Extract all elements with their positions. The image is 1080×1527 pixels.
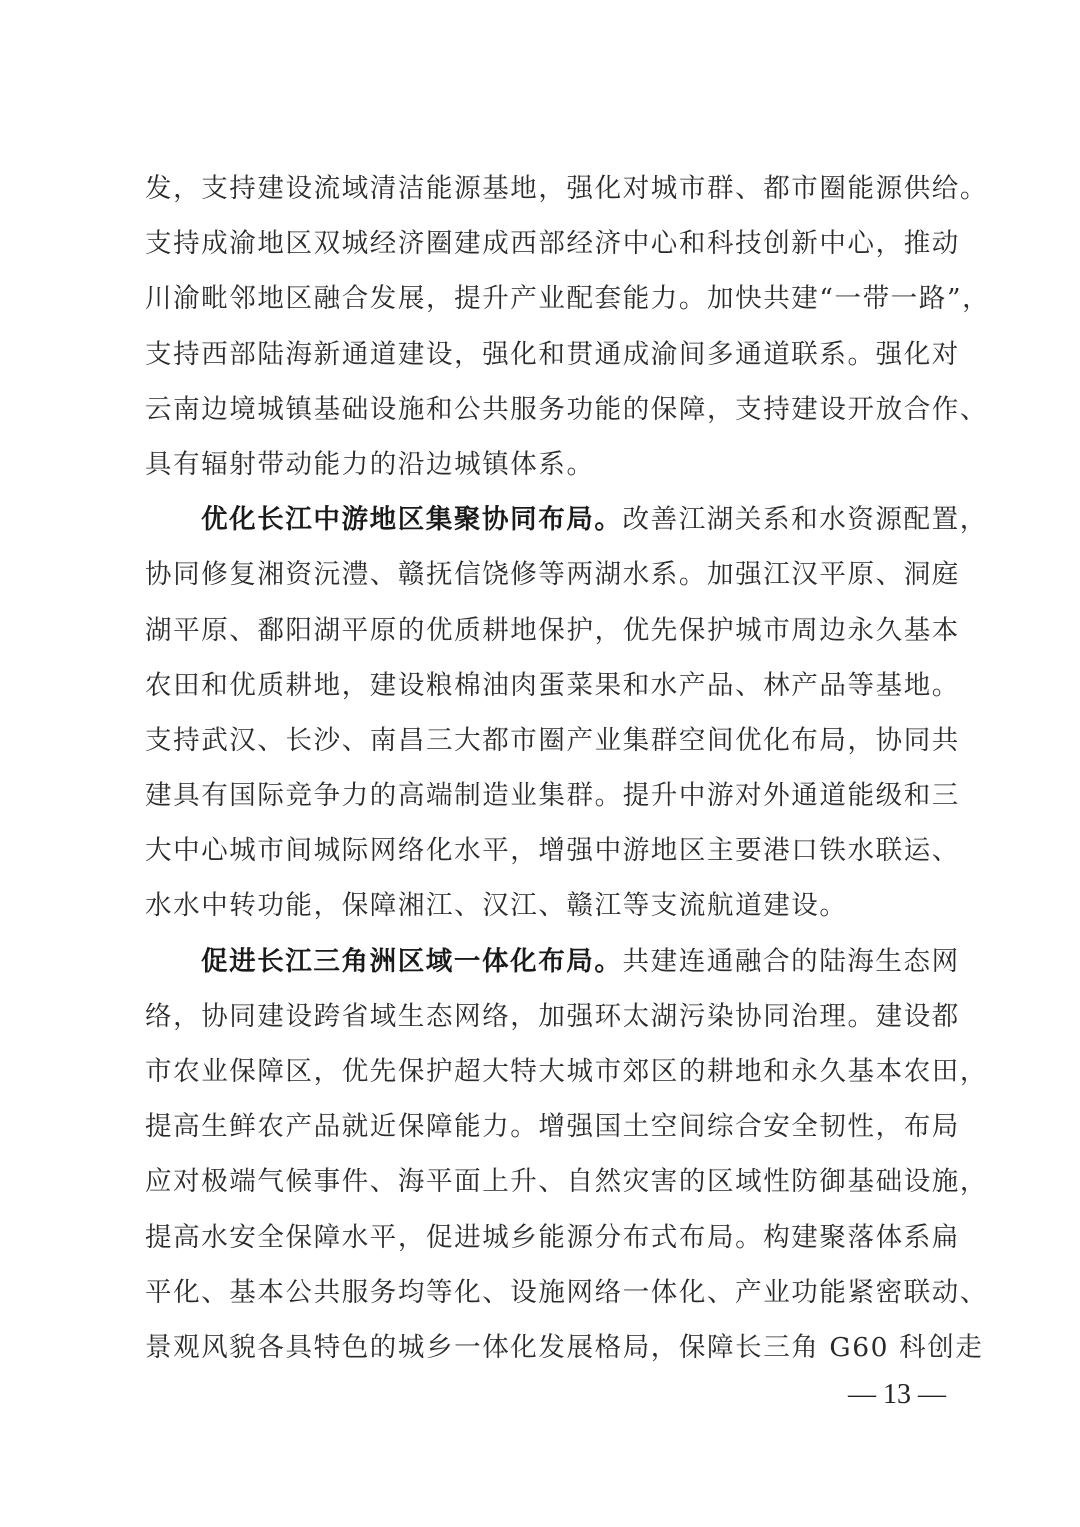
text-line: 湖平原、鄱阳湖平原的优质耕地保护，优先保护城市周边永久基本 [145, 603, 945, 658]
paragraph-first-line: 优化长江中游地区集聚协同布局。改善江湖关系和水资源配置， [145, 492, 945, 547]
paragraph-heading: 促进长江三角洲区域一体化布局。 [201, 946, 623, 977]
body-text: 发，支持建设流域清洁能源基地，强化对城市群、都市圈能源供给。 支持成渝地区双城经… [145, 161, 945, 1375]
text-line: 景观风貌各具特色的城乡一体化发展格局，保障长三角 G60 科创走 [145, 1320, 945, 1375]
text-line: 市农业保障区，优先保护超大特大城市郊区的耕地和永久基本农田， [145, 1044, 945, 1099]
paragraph-first-line: 促进长江三角洲区域一体化布局。共建连通融合的陆海生态网 [145, 934, 945, 989]
text-line: 络，协同建设跨省域生态网络，加强环太湖污染协同治理。建设都 [145, 989, 945, 1044]
text-line: 建具有国际竞争力的高端制造业集群。提升中游对外通道能级和三 [145, 768, 945, 823]
text-line: 云南边境城镇基础设施和公共服务功能的保障，支持建设开放合作、 [145, 382, 945, 437]
text-line: 支持西部陆海新通道建设，强化和贯通成渝间多通道联系。强化对 [145, 327, 945, 382]
text-line: 平化、基本公共服务均等化、设施网络一体化、产业功能紧密联动、 [145, 1265, 945, 1320]
text-line: 支持成渝地区双城经济圈建成西部经济中心和科技创新中心，推动 [145, 216, 945, 271]
text-line: 川渝毗邻地区融合发展，提升产业配套能力。加快共建“一带一路”， [145, 271, 945, 326]
page-number: — 13 — [826, 1378, 946, 1412]
text-line: 协同修复湘资沅澧、赣抚信饶修等两湖水系。加强江汉平原、洞庭 [145, 547, 945, 602]
text-span: 改善江湖关系和水资源配置， [623, 504, 988, 535]
text-line: 农田和优质耕地，建设粮棉油肉蛋菜果和水产品、林产品等基地。 [145, 658, 945, 713]
text-line: 提高水安全保障水平，促进城乡能源分布式布局。构建聚落体系扁 [145, 1210, 945, 1265]
text-line: 支持武汉、长沙、南昌三大都市圈产业集群空间优化布局，协同共 [145, 713, 945, 768]
text-span: 共建连通融合的陆海生态网 [623, 946, 960, 977]
document-page: 发，支持建设流域清洁能源基地，强化对城市群、都市圈能源供给。 支持成渝地区双城经… [0, 0, 1080, 1527]
text-line: 应对极端气候事件、海平面上升、自然灾害的区域性防御基础设施， [145, 1154, 945, 1209]
paragraph-heading: 优化长江中游地区集聚协同布局。 [201, 504, 623, 535]
text-line: 具有辐射带动能力的沿边城镇体系。 [145, 437, 945, 492]
text-line: 大中心城市间城际网络化水平，增强中游地区主要港口铁水联运、 [145, 823, 945, 878]
text-line: 水水中转功能，保障湘江、汉江、赣江等支流航道建设。 [145, 878, 945, 933]
text-line: 发，支持建设流域清洁能源基地，强化对城市群、都市圈能源供给。 [145, 161, 945, 216]
text-line: 提高生鲜农产品就近保障能力。增强国土空间综合安全韧性，布局 [145, 1099, 945, 1154]
